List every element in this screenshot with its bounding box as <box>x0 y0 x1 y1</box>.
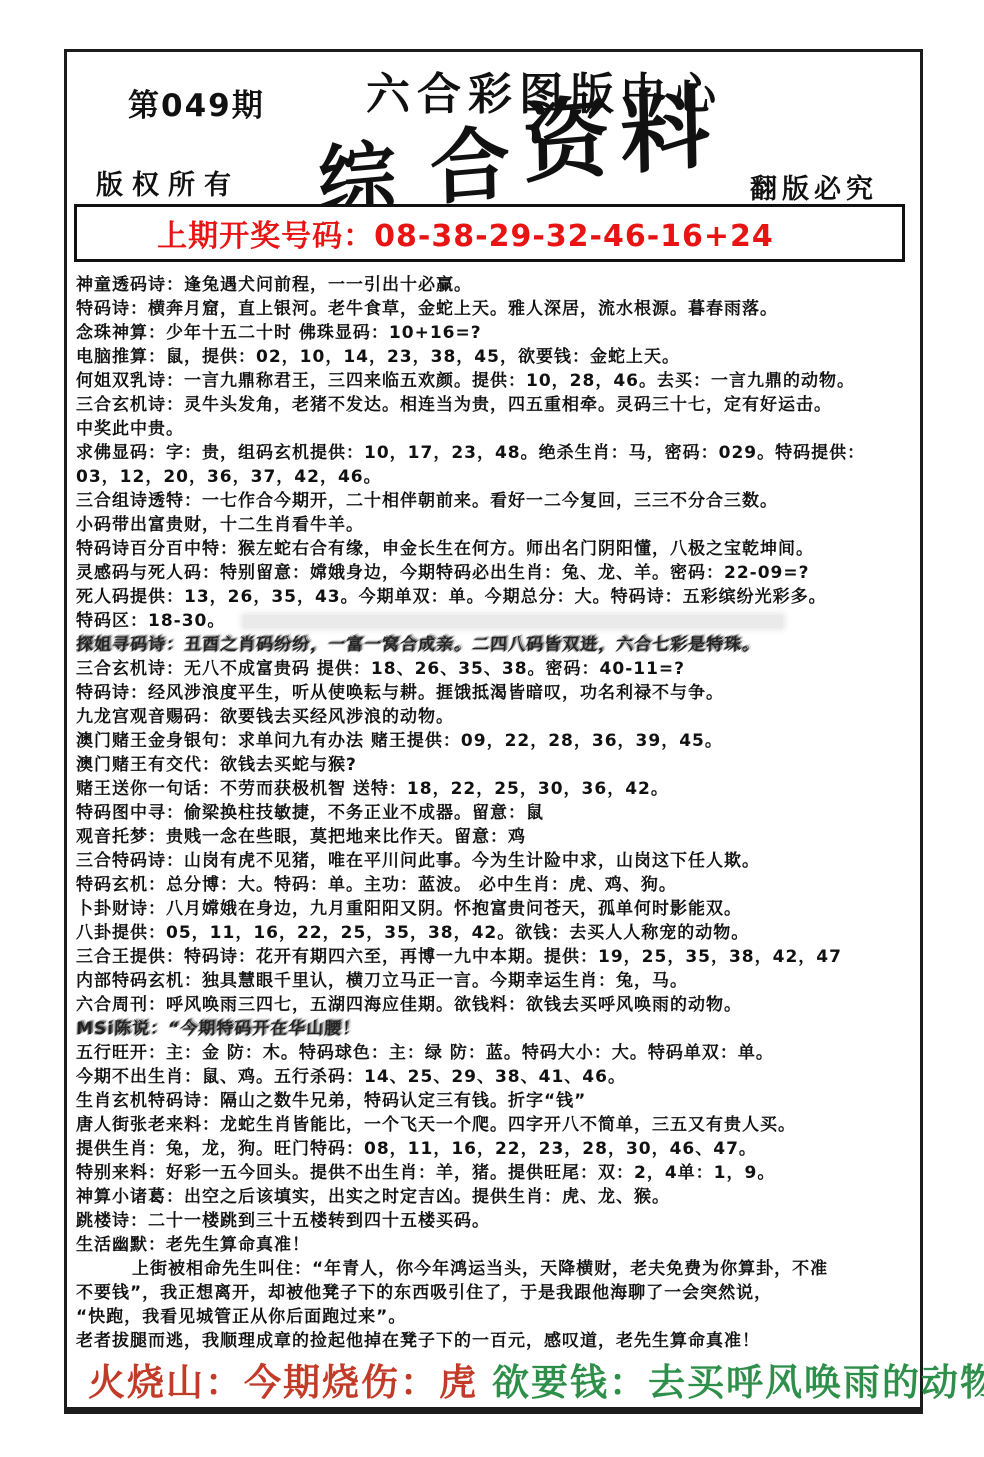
body-line: 电脑推算：鼠，提供：02，10，14，23，38，45，欲要钱：金蛇上天。 <box>76 345 912 369</box>
body-line: 五行旺开：主：金 防：木。特码球色：主：绿 防：蓝。特码大小：大。特码单双：单。 <box>76 1041 912 1065</box>
body-line: 03，12，20，36，37，42，46。 <box>76 465 912 489</box>
body-line: 澳门赌王有交代：欲钱去买蛇与猴? <box>76 753 912 777</box>
body-line: 中奖此中贵。 <box>76 417 912 441</box>
body-line: 神算小诸葛：出空之后该填实，出实之时定吉凶。提供生肖：虎、龙、猴。 <box>76 1185 912 1209</box>
body-line: 九龙宫观音赐码：欲要钱去买经风涉浪的动物。 <box>76 705 912 729</box>
calligraphy-char: 料 <box>619 82 710 180</box>
body-line: 卜卦财诗：八月嫦娥在身边，九月重阳阳又阴。怀抱富贵问苍天，孤单何时影能双。 <box>76 897 912 921</box>
footer-banner: 火烧山：今期烧伤：虎欲要钱：去买呼风唤雨的动物 <box>88 1352 908 1406</box>
body-lines: 神童透码诗：逢兔遇犬问前程，一一引出十必赢。特码诗：横奔月窟，直上银河。老牛食草… <box>76 273 912 1355</box>
body-line: 跳楼诗：二十一楼跳到三十五楼转到四十五楼买码。 <box>76 1209 912 1233</box>
body-line: 小码带出富贵财，十二生肖看牛羊。 <box>76 513 912 537</box>
body-line: 特码区：18-30。 <box>76 609 912 633</box>
copyright-right: 翻版必究 <box>750 167 878 206</box>
footer-green-text: 欲要钱：去买呼风唤雨的动物 <box>492 1361 984 1404</box>
body-line: 三合王提供：特码诗：花开有期四六至，再博一九中本期。提供：19，25，35，38… <box>76 945 912 969</box>
body-line: 特码图中寻：偷梁换柱技敏捷，不务正业不成器。留意：鼠 <box>76 801 912 825</box>
body-line: “快跑，我看见城管正从你后面跑过来”。 <box>76 1305 912 1329</box>
body-line: 澳门赌王金身银句：求单问九有办法 赌王提供：09，22，28，36，39，45。 <box>76 729 912 753</box>
body-line: 探姐寻码诗：丑酉之肖码纷纷，一富一窝合成亲。二四八码皆双进，六合七彩是特珠。 <box>76 633 912 657</box>
body-line: 观音托梦：贵贱一念在些眼，莫把地来比作天。留意：鸡 <box>76 825 912 849</box>
body-line: 灵感码与死人码：特别留意：嫦娥身边，今期特码必出生肖：兔、龙、羊。密码：22-0… <box>76 561 912 585</box>
body-line: MSi陈说：“今期特码开在华山腰！ <box>76 1017 912 1041</box>
prev-draw-banner: 上期开奖号码：08-38-29-32-46-16+24 <box>74 204 905 262</box>
copyright-left: 版权所有 <box>96 163 240 202</box>
body-line: 上街被相命先生叫住：“年青人，你今年鸿运当头，天降横财，老夫免费为你算卦，不准 <box>76 1257 912 1281</box>
prev-draw-text: 上期开奖号码：08-38-29-32-46-16+24 <box>157 211 774 255</box>
body-line: 特码诗百分百中特：猴左蛇右合有缘，申金长生在何方。师出名门阴阳懂，八极之宝乾坤间… <box>76 537 912 561</box>
body-line: 老者拔腿而逃，我顺理成章的捡起他掉在凳子下的一百元，感叹道，老先生算命真准！ <box>76 1329 912 1353</box>
body-line: 唐人街张老来料：龙蛇生肖皆能比，一个飞天一个爬。四字开八不简单，三五又有贵人买。 <box>76 1113 912 1137</box>
page: 第049期 六合彩图版中心 综 合 资 料 版权所有 翻版必究 上期开奖号码：0… <box>0 0 984 1457</box>
body-line: 特别来料：好彩一五今回头。提供不出生肖：羊，猪。提供旺尾：双：2，4单：1，9。 <box>76 1161 912 1185</box>
body-line: 生肖玄机特码诗：隔山之数牛兄弟，特码认定三有钱。折字“钱” <box>76 1089 912 1113</box>
body-line: 死人码提供：13，26，35，43。今期单双：单。今期总分：大。特码诗：五彩缤纷… <box>76 585 912 609</box>
body-line: 求佛显码：字：贵，组码玄机提供：10，17，23，48。绝杀生肖：马，密码：02… <box>76 441 912 465</box>
body-line: 今期不出生肖：鼠、鸡。五行杀码：14、25、29、38、41、46。 <box>76 1065 912 1089</box>
body-line: 六合周刊：呼风唤雨三四七，五湖四海应佳期。欲钱料：欲钱去买呼风唤雨的动物。 <box>76 993 912 1017</box>
body-line: 内部特码玄机：独具慧眼千里认，横刀立马正一言。今期幸运生肖：兔，马。 <box>76 969 912 993</box>
body-line: 念珠神算：少年十五二十时 佛珠显码：10+16=? <box>76 321 912 345</box>
body-line: 八卦提供：05，11，16，22，25，35，38，42。欲钱：去买人人称宠的动… <box>76 921 912 945</box>
body-line: 三合组诗透特：一七作合今期开，二十相伴朝前来。看好一二今复回，三三不分合三数。 <box>76 489 912 513</box>
footer-red-text: 火烧山：今期烧伤：虎 <box>88 1361 478 1404</box>
calligraphy-char: 资 <box>521 92 610 188</box>
body-line: 提供生肖：兔，龙，狗。旺门特码：08，11，16，22，23，28，30，46、… <box>76 1137 912 1161</box>
calligraphy-char: 合 <box>429 122 510 209</box>
body-line: 三合特码诗：山岗有虎不见猪，唯在平川问此事。今为生计险中求，山岗这下任人欺。 <box>76 849 912 873</box>
body-line: 神童透码诗：逢兔遇犬问前程，一一引出十必赢。 <box>76 273 912 297</box>
body-line: 何姐双乳诗：一言九鼎称君王，三四来临五欢颜。提供：10，28，46。去买：一言九… <box>76 369 912 393</box>
body-line: 三合玄机诗：灵牛头发角，老猪不发达。相连当为贵，四五重相牵。灵码三十七，定有好运… <box>76 393 912 417</box>
issue-number: 第049期 <box>128 80 265 125</box>
body-line: 生活幽默：老先生算命真准！ <box>76 1233 912 1257</box>
body-line: 特码玄机：总分博：大。特码：单。主功：蓝波。 必中生肖：虎、鸡、狗。 <box>76 873 912 897</box>
body-line: 三合玄机诗：无八不成富贵码 提供：18、26、35、38。密码：40-11=? <box>76 657 912 681</box>
body-line: 不要钱”，我正想离开，却被他凳子下的东西吸引住了，于是我跟他海聊了一会突然说， <box>76 1281 912 1305</box>
body-line: 特码诗：经风涉浪度平生，听从使唤耘与耕。捱饿抵渴皆暗叹，功名利禄不与争。 <box>76 681 912 705</box>
body-line: 特码诗：横奔月窟，直上银河。老牛食草，金蛇上天。雅人深居，流水根源。暮春雨落。 <box>76 297 912 321</box>
body-line: 赌王送你一句话：不劳而获极机智 送特：18，22，25，30，36，42。 <box>76 777 912 801</box>
